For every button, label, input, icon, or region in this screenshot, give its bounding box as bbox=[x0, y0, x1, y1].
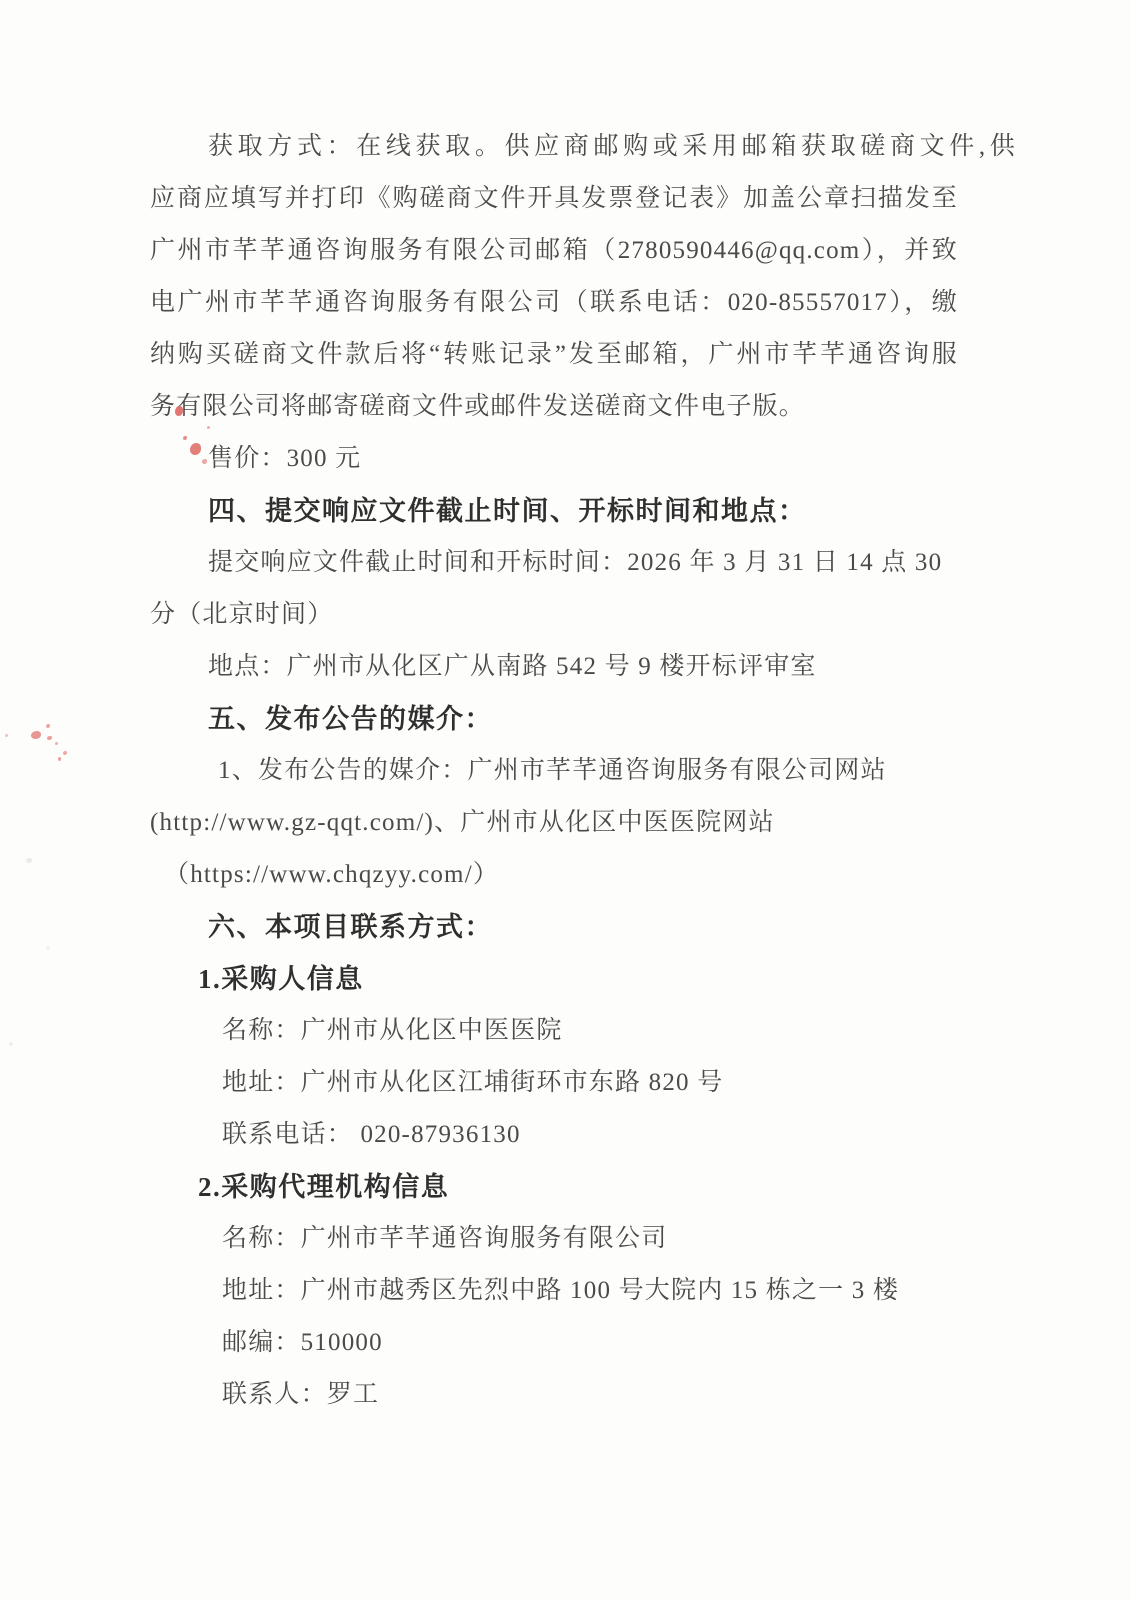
acquisition-line: 应商应填写并打印《购磋商文件开具发票登记表》加盖公章扫描发至 bbox=[150, 173, 958, 225]
gray-smudge bbox=[46, 946, 50, 950]
red-ink-dot bbox=[5, 734, 8, 737]
media-url-line: (http://www.gz-qqt.com/)、广州市从化区中医医院网站 bbox=[150, 797, 960, 849]
acquisition-line: 纳购买磋商文件款后将“转账记录”发至邮箱，广州市芊芊通咨询服 bbox=[150, 329, 958, 381]
agency-contact-line: 联系人：罗工 bbox=[150, 1369, 960, 1421]
agency-heading: 2.采购代理机构信息 bbox=[150, 1161, 960, 1213]
section6-heading: 六、本项目联系方式： bbox=[150, 901, 960, 953]
deadline-line: 提交响应文件截止时间和开标时间：2026 年 3 月 31 日 14 点 30 bbox=[150, 537, 960, 589]
purchaser-address-line: 地址：广州市从化区江埔街环市东路 820 号 bbox=[150, 1057, 960, 1109]
acquisition-line: 获取方式：在线获取。供应商邮购或采用邮箱获取磋商文件,供 bbox=[150, 121, 1016, 173]
price-line: 售价：300 元 bbox=[150, 433, 960, 485]
purchaser-heading: 1.采购人信息 bbox=[150, 953, 960, 1005]
opening-location-line: 地点：广州市从化区广从南路 542 号 9 楼开标评审室 bbox=[150, 641, 960, 693]
agency-name-line: 名称：广州市芊芊通咨询服务有限公司 bbox=[150, 1213, 960, 1265]
red-ink-dot bbox=[63, 751, 67, 755]
red-ink-dot bbox=[46, 724, 50, 728]
gray-smudge bbox=[26, 858, 32, 863]
acquisition-line: 电广州市芊芊通咨询服务有限公司（联系电话：020-85557017），缴 bbox=[150, 277, 958, 329]
section5-heading: 五、发布公告的媒介： bbox=[150, 693, 960, 745]
section4-heading: 四、提交响应文件截止时间、开标时间和地点： bbox=[150, 485, 960, 537]
acquisition-line: 广州市芊芊通咨询服务有限公司邮箱（2780590446@qq.com），并致 bbox=[150, 225, 958, 277]
document-body: 获取方式：在线获取。供应商邮购或采用邮箱获取磋商文件,供 应商应填写并打印《购磋… bbox=[150, 121, 960, 1421]
purchaser-phone-line: 联系电话： 020-87936130 bbox=[150, 1109, 960, 1161]
media-line: 1、发布公告的媒介：广州市芊芊通咨询服务有限公司网站 bbox=[150, 745, 960, 797]
media-url-line: （https://www.chqzyy.com/） bbox=[150, 849, 960, 901]
red-ink-dot bbox=[31, 731, 41, 739]
purchaser-name-line: 名称：广州市从化区中医医院 bbox=[150, 1005, 960, 1057]
agency-postcode-line: 邮编：510000 bbox=[150, 1317, 960, 1369]
scanned-document-page: 获取方式：在线获取。供应商邮购或采用邮箱获取磋商文件,供 应商应填写并打印《购磋… bbox=[0, 0, 1131, 1600]
red-ink-dot bbox=[58, 757, 61, 761]
gray-smudge bbox=[9, 1042, 13, 1046]
acquisition-line: 务有限公司将邮寄磋商文件或邮件发送磋商文件电子版。 bbox=[150, 381, 960, 433]
red-ink-dot bbox=[55, 742, 58, 745]
agency-address-line: 地址：广州市越秀区先烈中路 100 号大院内 15 栋之一 3 楼 bbox=[150, 1265, 960, 1317]
red-ink-dot bbox=[47, 736, 52, 740]
deadline-line: 分（北京时间） bbox=[150, 589, 960, 641]
